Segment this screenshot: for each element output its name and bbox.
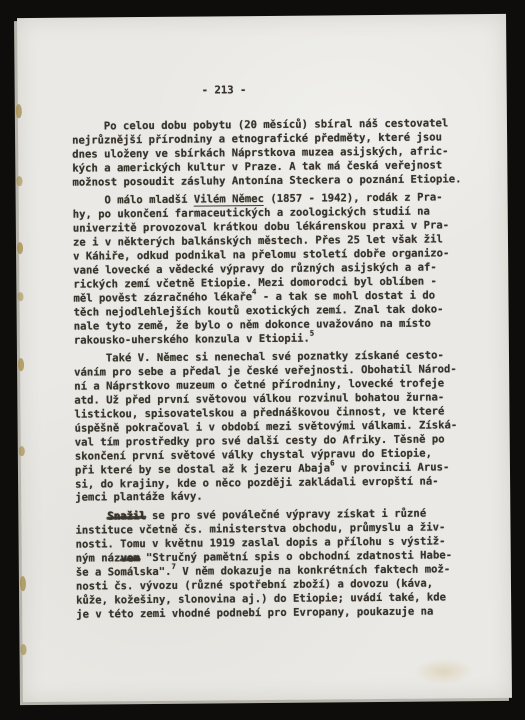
binding-mark	[16, 104, 22, 118]
document-text: - 213 - Po celou dobu pobytu (20 měsíců)…	[72, 82, 482, 627]
binding-mark	[19, 446, 25, 456]
text-line: je v této zemi vhodné podnebí pro Evropa…	[76, 605, 481, 622]
binding-mark	[17, 242, 23, 254]
paragraph: Také V. Němec si nenechal své poznatky z…	[74, 350, 480, 506]
binding-mark	[17, 292, 23, 301]
text-line: jemci plantáže kávy.	[75, 489, 480, 506]
scan-background: { "colors": { "background": "#0e0d0b", "…	[0, 0, 525, 720]
paragraphs-container: Po celou dobu pobytu (20 měsíců) sbíral …	[72, 117, 481, 622]
binding-mark	[18, 358, 24, 371]
paper-stain	[414, 658, 474, 685]
paragraph: Snažil se pro své poválečné výpravy získ…	[75, 507, 481, 622]
document-page: - 213 - Po celou dobu pobytu (20 měsíců)…	[17, 14, 512, 702]
paragraph: Po celou dobu pobytu (20 měsíců) sbíral …	[72, 117, 478, 190]
text-line: rakousko-uherského konzula v Etiopii.5	[74, 331, 479, 348]
page-number: - 213 -	[202, 82, 477, 98]
paragraph: O málo mladší Vilém Němec (1857 - 1942),…	[73, 192, 479, 348]
binding-mark	[20, 576, 26, 591]
binding-mark	[20, 644, 26, 655]
binding-mark	[16, 176, 22, 186]
text-line: možnost posoudit zásluhy Antonína Stecke…	[72, 173, 477, 190]
